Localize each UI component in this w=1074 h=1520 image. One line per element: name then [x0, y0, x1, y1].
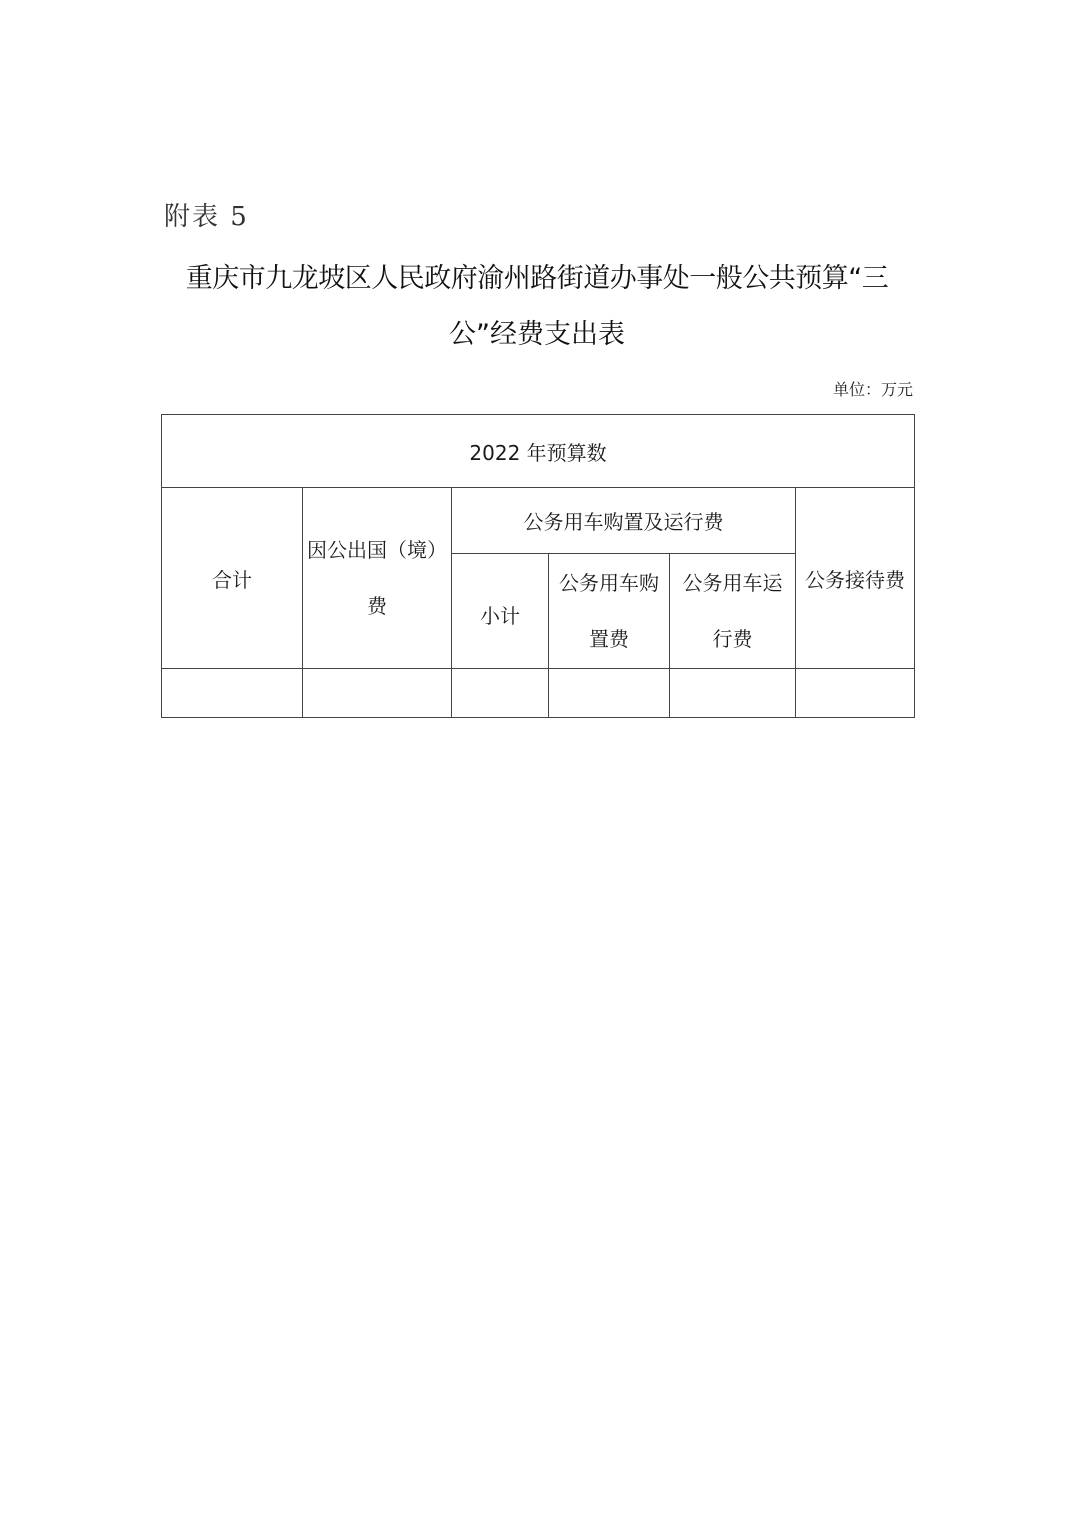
- header-operation-line2: 行费: [670, 611, 795, 667]
- expense-table: 2022 年预算数 合计 因公出国（境） 费 公务用车购置及运行费 公务接待费 …: [161, 414, 915, 718]
- header-purchase-line2: 置费: [549, 611, 669, 667]
- header-vehicle-operation: 公务用车运 行费: [670, 554, 796, 669]
- header-purchase-line1: 公务用车购: [549, 555, 669, 611]
- table-row: [162, 669, 915, 718]
- header-total: 合计: [162, 488, 303, 669]
- cell-subtotal: [452, 669, 549, 718]
- header-abroad-line1: 因公出国（境）: [303, 522, 451, 578]
- annex-label: 附表 5: [164, 196, 249, 233]
- cell-total: [162, 669, 303, 718]
- header-vehicle-purchase: 公务用车购 置费: [549, 554, 670, 669]
- cell-purchase: [549, 669, 670, 718]
- header-vehicle-group: 公务用车购置及运行费: [452, 488, 796, 554]
- header-budget-year: 2022 年预算数: [162, 415, 915, 488]
- cell-abroad: [303, 669, 452, 718]
- header-subtotal: 小计: [452, 554, 549, 669]
- unit-label: 单位：万元: [833, 377, 913, 400]
- header-reception: 公务接待费: [796, 488, 915, 669]
- cell-reception: [796, 669, 915, 718]
- document-title-line1: 重庆市九龙坡区人民政府渝州路街道办事处一般公共预算“三: [150, 256, 924, 295]
- header-abroad-line2: 费: [303, 578, 451, 634]
- document-title-line2: 公”经费支出表: [150, 312, 924, 351]
- header-abroad: 因公出国（境） 费: [303, 488, 452, 669]
- cell-operation: [670, 669, 796, 718]
- header-operation-line1: 公务用车运: [670, 555, 795, 611]
